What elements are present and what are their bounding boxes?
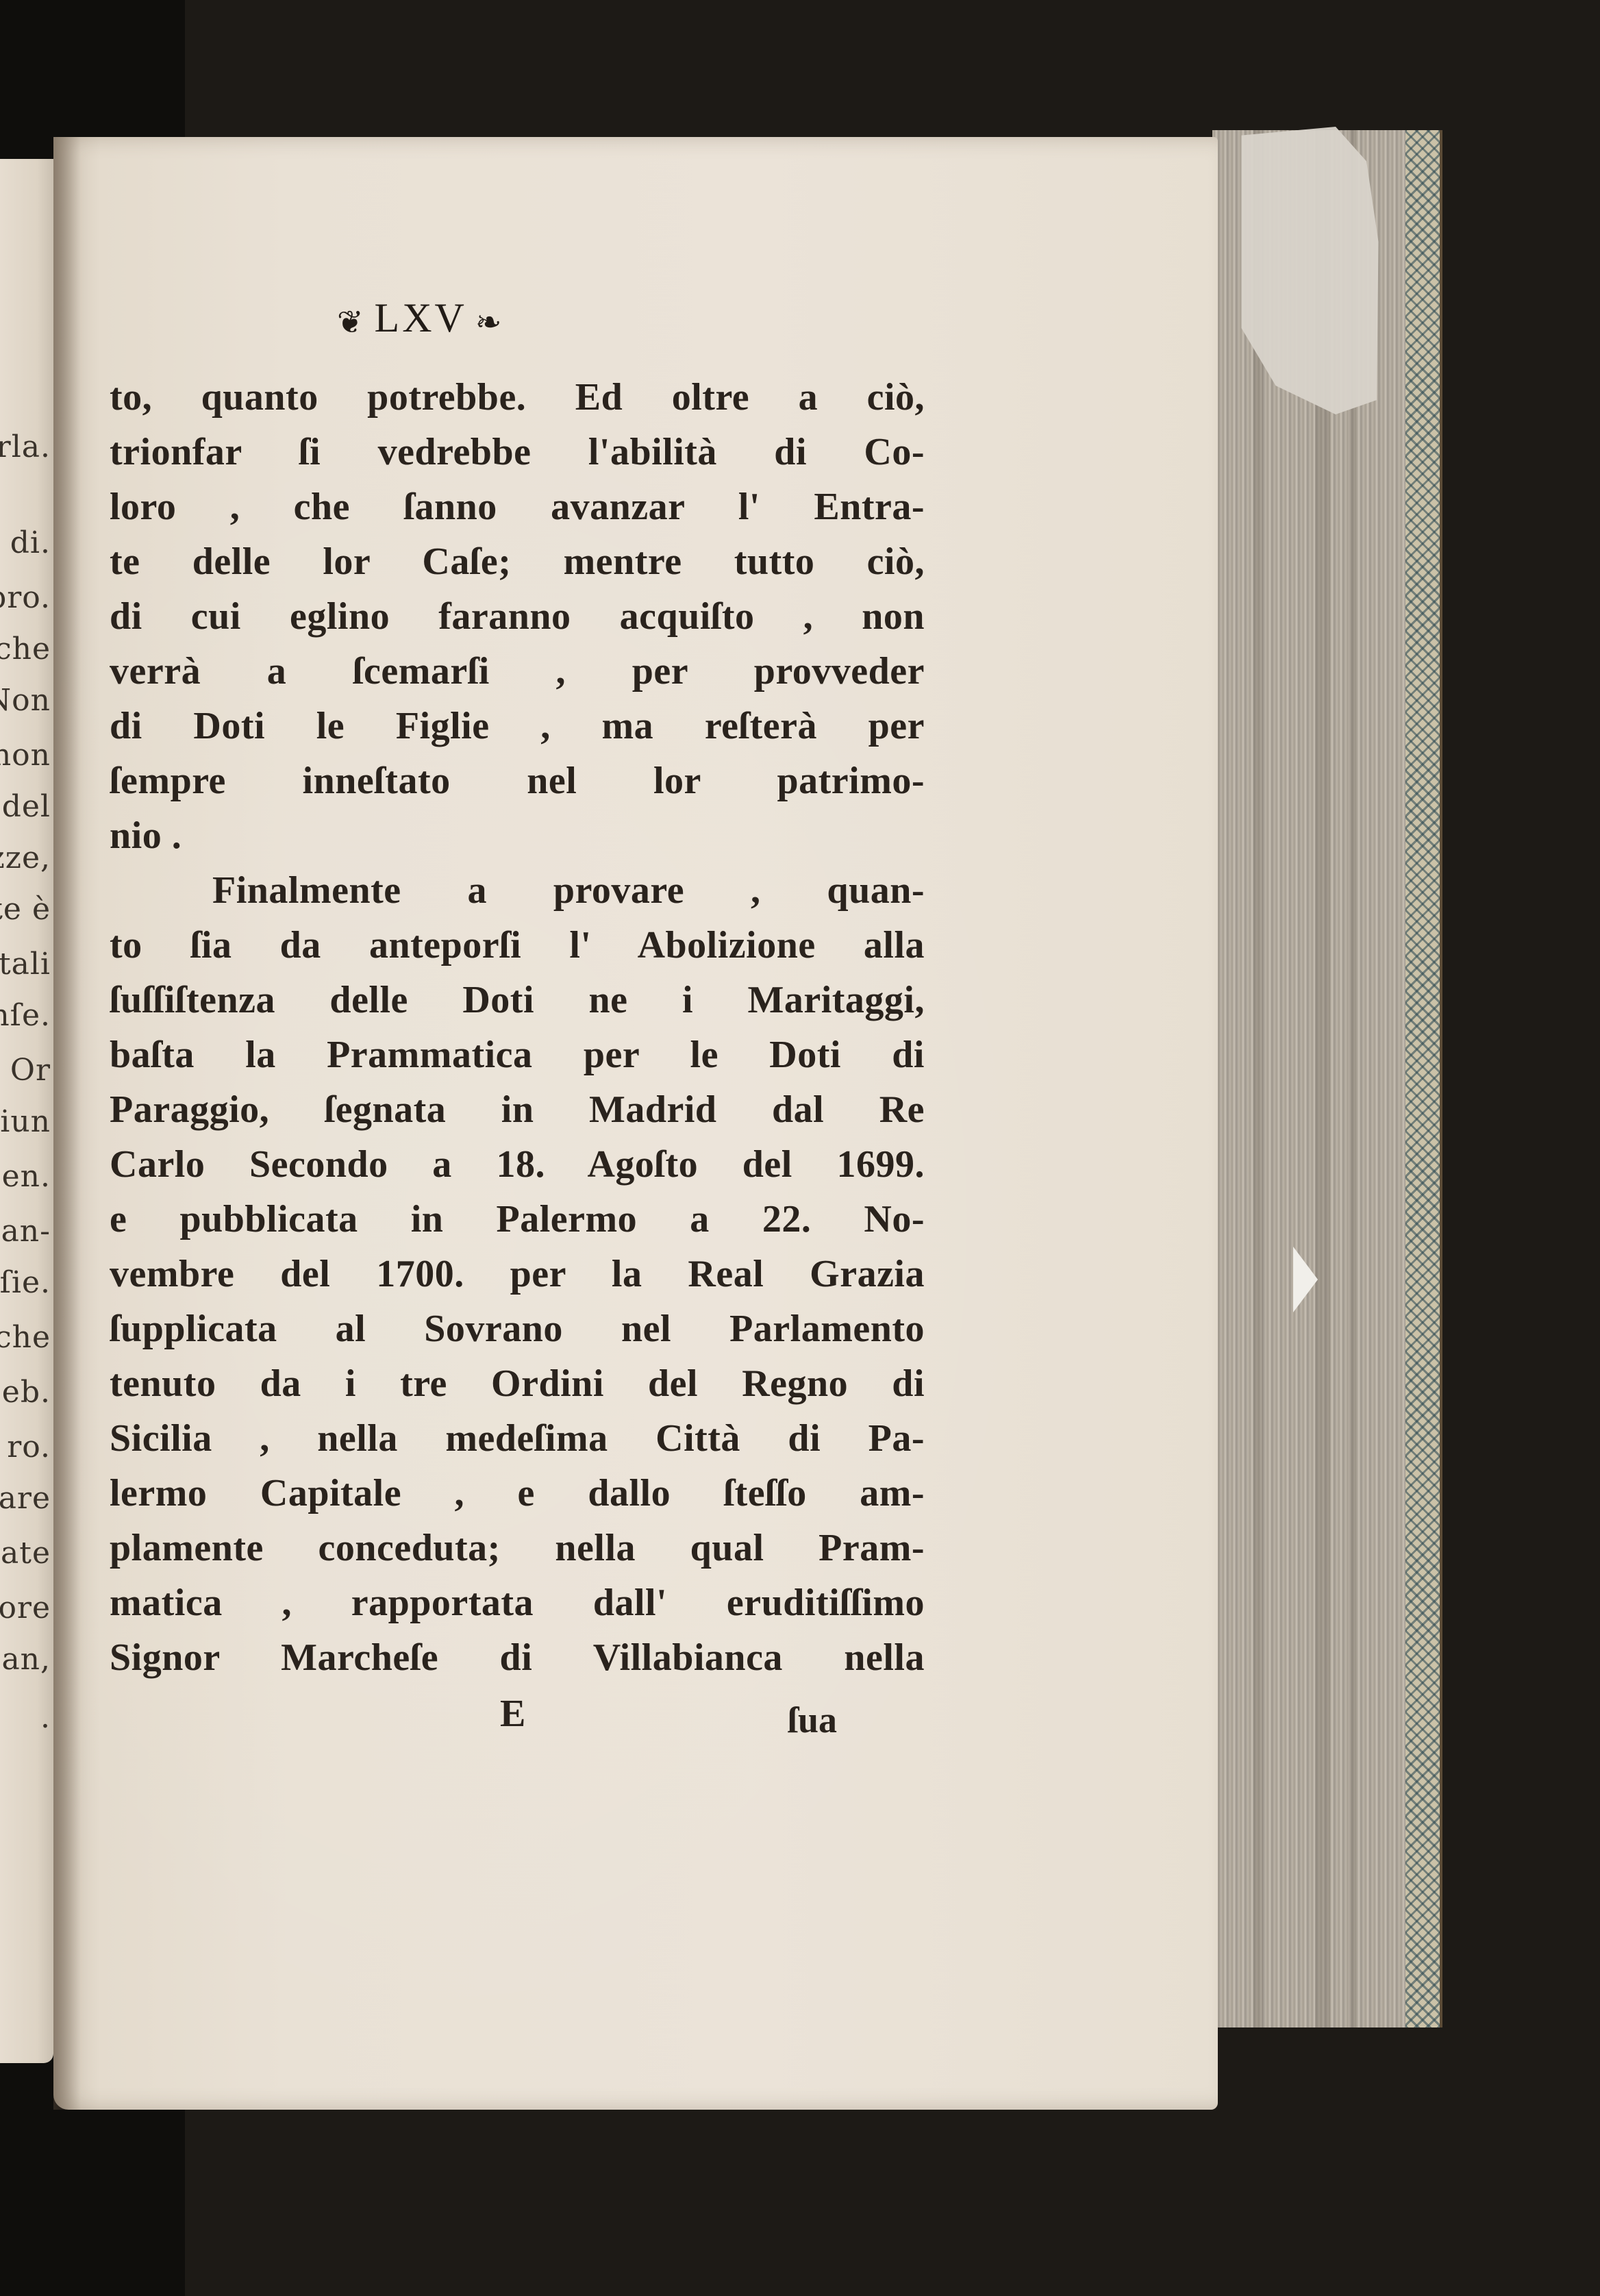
- page-number: LXV: [375, 295, 467, 340]
- text-line: baſta la Prammatica per le Doti di: [110, 1034, 925, 1075]
- left-fragment: Non: [0, 683, 51, 718]
- text-line: vembre del 1700. per la Real Grazia: [110, 1253, 925, 1295]
- text-line: plamente conceduta; nella qual Pram-: [110, 1527, 925, 1569]
- text-line: e pubblicata in Palermo a 22. No-: [110, 1199, 925, 1240]
- gutter-shadow: [53, 137, 81, 2110]
- text-line: ſempre inneſtato nel lor patrimo-: [110, 760, 925, 801]
- left-page-fragment: rla. di. pro. che Non non del zze, te è …: [0, 159, 53, 2063]
- text-line: lermo Capitale , e dallo ſteſſo am-: [110, 1473, 925, 1514]
- text-line: Finalmente a provare , quan-: [110, 870, 925, 911]
- left-fragment: di.: [10, 525, 51, 560]
- text-line: nio .: [110, 815, 925, 856]
- left-fragment: iun: [0, 1104, 51, 1139]
- text-line: trionfar ſi vedrebbe l'abilità di Co-: [110, 432, 925, 473]
- left-fragment: eb.: [2, 1375, 51, 1410]
- text-line: Signor Marcheſe di Villabianca nella: [110, 1637, 925, 1678]
- text-line: loro , che ſanno avanzar l' Entra-: [110, 486, 925, 527]
- page-block-edges: [1212, 130, 1411, 2027]
- left-fragment: del: [2, 789, 51, 824]
- left-fragment: rla.: [0, 429, 51, 464]
- left-fragment: ate: [1, 1536, 51, 1571]
- text-line: verrà a ſcemarſi , per provveder: [110, 651, 925, 692]
- left-fragment: nſe.: [0, 998, 51, 1033]
- text-line: ſupplicata al Sovrano nel Parlamento: [110, 1308, 925, 1349]
- text-line: di cui eglino faranno acquiſto , non: [110, 596, 925, 637]
- text-line: Sicilia , nella medeſima Città di Pa-: [110, 1418, 925, 1459]
- left-fragment: Or: [10, 1053, 51, 1088]
- left-fragment: .: [40, 1700, 51, 1735]
- text-line: matica , rapportata dall' eruditiſſimo: [110, 1582, 925, 1623]
- left-fragment: pro.: [0, 580, 51, 615]
- left-fragment: ro.: [7, 1430, 51, 1464]
- fleuron-right-icon: ❧: [475, 303, 505, 340]
- running-head: ❦LXV❧: [329, 295, 512, 342]
- left-fragment: ore: [0, 1590, 51, 1625]
- left-fragment: are: [0, 1481, 51, 1516]
- left-fragment: an,: [1, 1642, 51, 1677]
- text-line: te delle lor Caſe; mentre tutto ciò,: [110, 541, 925, 582]
- fleuron-left-icon: ❦: [337, 303, 366, 340]
- left-fragment: an-: [1, 1214, 51, 1249]
- text-line: to ſia da anteporſi l' Abolizione alla: [110, 925, 925, 966]
- text-line: tenuto da i tre Ordini del Regno di: [110, 1363, 925, 1404]
- left-fragment: ſie.: [0, 1265, 51, 1300]
- marbled-cover-edge: [1405, 130, 1442, 2027]
- catchword: ſua: [788, 1699, 837, 1741]
- left-fragment: zze,: [0, 840, 51, 875]
- left-fragment: en.: [2, 1159, 51, 1194]
- left-fragment: che: [0, 632, 51, 666]
- left-fragment: che: [0, 1320, 51, 1355]
- text-line: di Doti le Figlie , ma reſterà per: [110, 706, 925, 747]
- bookmark-tab: [1293, 1247, 1318, 1312]
- left-fragment: non: [0, 738, 51, 773]
- text-line: Paraggio, ſegnata in Madrid dal Re: [110, 1089, 925, 1130]
- left-fragment: tali: [0, 947, 51, 982]
- text-line: to, quanto potrebbe. Ed oltre a ciò,: [110, 377, 925, 418]
- text-line: ſuſſiſtenza delle Doti ne i Maritaggi,: [110, 979, 925, 1021]
- text-line: Carlo Secondo a 18. Agoſto del 1699.: [110, 1144, 925, 1185]
- signature-mark: E: [500, 1692, 525, 1736]
- left-fragment: te è: [0, 892, 51, 927]
